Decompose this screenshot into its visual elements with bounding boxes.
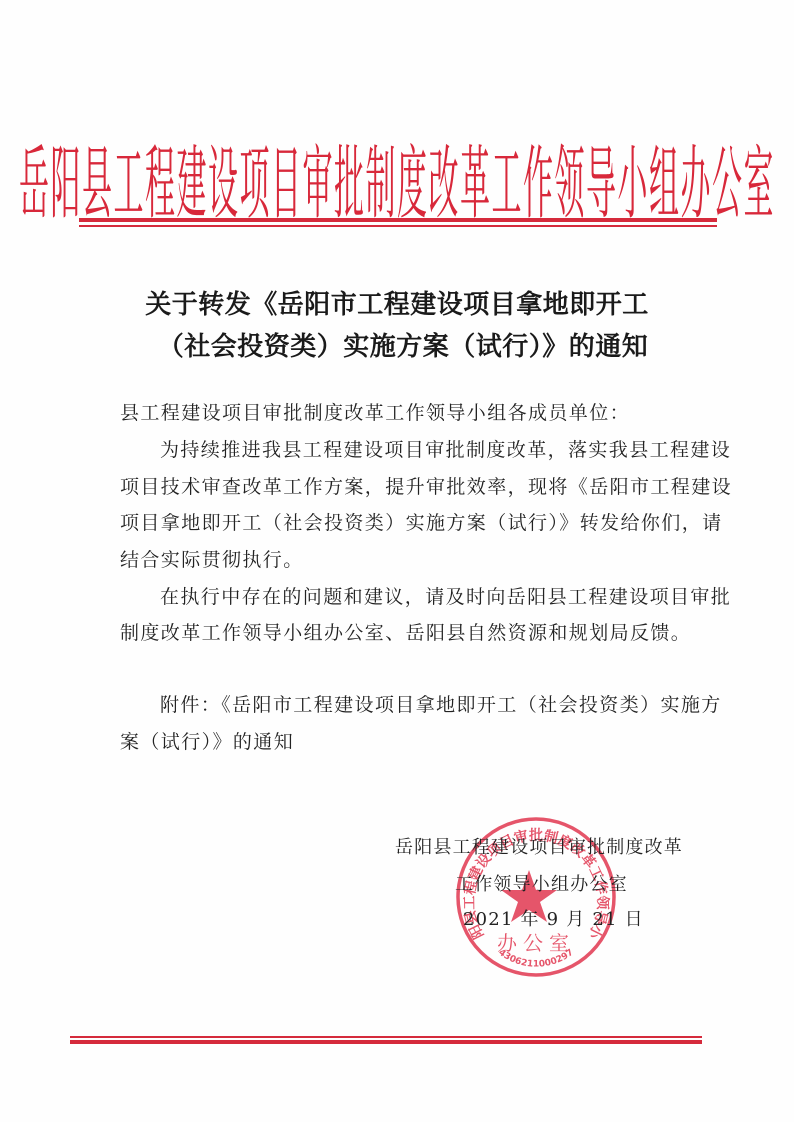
document-title-line1: 关于转发《岳阳市工程建设项目拿地即开工 — [0, 284, 794, 321]
seal-bottom-text: 办公室 — [497, 931, 575, 955]
paragraph1-line2: 项目技术审查改革工作方案，提升审批效率，现将《岳阳市工程建设 — [120, 475, 732, 499]
signature-org-line1: 岳阳县工程建设项目审批制度改革 — [395, 836, 683, 860]
signature-org-line2: 工作领导小组办公室 — [455, 873, 628, 897]
paragraph1-line4: 结合实际贯彻执行。 — [120, 548, 304, 572]
paragraph2-line2: 制度改革工作领导小组办公室、岳阳县自然资源和规划局反馈。 — [120, 621, 691, 645]
signature-date: 2021 年 9 月 21 日 — [463, 908, 644, 932]
attachment-line2: 案（试行）》的通知 — [120, 730, 294, 754]
red-header: 岳阳县工程建设项目审批制度改革工作领导小组办公室 — [0, 112, 794, 212]
addressee: 县工程建设项目审批制度改革工作领导小组各成员单位： — [120, 401, 630, 425]
header-rule-thin — [79, 225, 717, 227]
footer-rule-thin — [70, 1036, 702, 1038]
paragraph1-line1: 为持续推进我县工程建设项目审批制度改革，落实我县工程建设 — [160, 438, 731, 462]
attachment-line1: 附件：《岳阳市工程建设项目拿地即开工（社会投资类）实施方 — [160, 693, 722, 717]
footer-rule-thick — [70, 1040, 702, 1044]
header-rule-thick — [79, 218, 717, 222]
document-page: 岳阳县工程建设项目审批制度改革工作领导小组办公室 关于转发《岳阳市工程建设项目拿… — [0, 0, 794, 1122]
paragraph2-line1: 在执行中存在的问题和建议，请及时向岳阳县工程建设项目审批 — [160, 585, 731, 609]
paragraph1-line3: 项目拿地即开工（社会投资类）实施方案（试行）》转发给你们，请 — [120, 511, 723, 535]
document-title-line2: （社会投资类）实施方案（试行）》的通知 — [0, 326, 794, 363]
